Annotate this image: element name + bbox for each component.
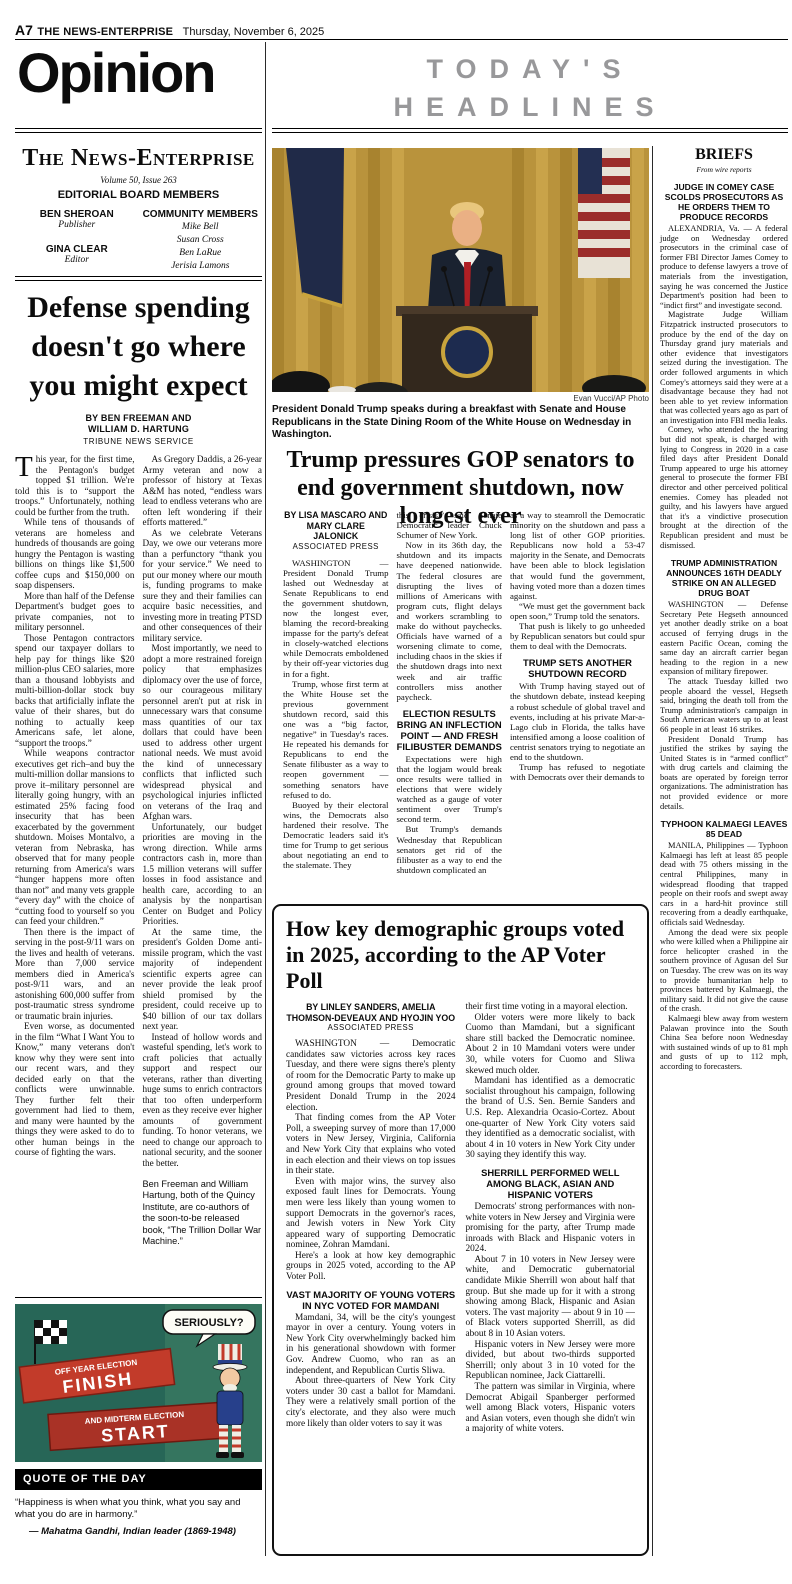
article-paragraph: While weapons contractor executives get … — [15, 748, 135, 927]
article-paragraph: WASHINGTON — President Donald Trump lash… — [283, 558, 388, 679]
byline-line: MARY CLARE JALONICK — [283, 521, 388, 542]
article-paragraph: as a way to steamroll the Democratic min… — [510, 510, 645, 601]
rule-above-cartoon — [15, 1297, 262, 1298]
vertical-divider-left — [265, 42, 266, 1556]
article-paragraph: Comey, who attended the hearing but did … — [660, 425, 788, 550]
newspaper-masthead: The News-Enterprise Volume 50, Issue 263… — [15, 145, 262, 279]
article-paragraph: ALEXANDRIA, Va. — A federal judge on Wed… — [660, 224, 788, 310]
article-paragraph: About three-quarters of New York City vo… — [286, 1376, 456, 1429]
masthead-volume: Volume 50, Issue 263 — [15, 175, 262, 185]
article-paragraph: Unfortunately, our budget priorities are… — [143, 822, 263, 927]
demographics-headline: How key demographic groups voted in 2025… — [286, 916, 635, 994]
page-folio: A7 THE NEWS-ENTERPRISE Thursday, Novembe… — [15, 22, 788, 40]
quote-attribution: — Mahatma Gandhi, Indian leader (1869-19… — [15, 1526, 262, 1538]
article-paragraph: Instead of hollow words and wasteful spe… — [143, 1032, 263, 1169]
page-number: A7 — [15, 22, 33, 38]
article-subhead: TYPHOON KALMAEGI LEAVES 85 DEAD — [660, 819, 788, 839]
article-paragraph: Kalmaegi blew away from western Palawan … — [660, 1014, 788, 1072]
article-paragraph: Among the dead were six people who were … — [660, 928, 788, 1014]
main-article-byline: BY LISA MASCARO AND MARY CLARE JALONICK … — [283, 510, 388, 552]
main-column-1: BY LISA MASCARO AND MARY CLARE JALONICK … — [283, 510, 388, 900]
article-paragraph: Most importantly, we need to adopt a mor… — [143, 643, 263, 822]
article-subhead: TRUMP SETS ANOTHER SHUTDOWN RECORD — [510, 657, 645, 679]
article-paragraph: Mamdani, 34, will be the city's youngest… — [286, 1313, 456, 1377]
article-subhead: ELECTION RESULTS BRING AN INFLECTION POI… — [396, 708, 501, 752]
article-paragraph: Mamdani has identified as a democratic s… — [466, 1076, 636, 1161]
byline-line: WILLIAM D. HARTUNG — [15, 424, 262, 435]
article-paragraph: Hispanic voters in New Jersey were more … — [466, 1340, 636, 1382]
member-name: GINA CLEAR — [15, 244, 139, 255]
article-paragraph: The pattern was similar in Virginia, whe… — [466, 1382, 636, 1435]
opinion-article-byline: BY BEN FREEMAN AND WILLIAM D. HARTUNG TR… — [15, 413, 262, 447]
article-subhead: JUDGE IN COMEY CASE SCOLDS PROSECUTORS A… — [660, 182, 788, 222]
quote-of-the-day: “Happiness is when what you think, what … — [15, 1497, 262, 1538]
main-column-1-text: WASHINGTON — President Donald Trump lash… — [283, 558, 388, 871]
quote-of-the-day-bar: QUOTE OF THE DAY — [15, 1469, 262, 1490]
opinion-column-1: This year, for the first time, the Penta… — [15, 454, 135, 1292]
double-rule-left — [15, 128, 262, 133]
demographics-column-2: their first time voting in a mayoral ele… — [466, 1002, 636, 1542]
community-members-title: COMMUNITY MEMBERS — [139, 209, 263, 221]
todays-line1: TODAY'S — [272, 50, 788, 88]
member-name: BEN SHEROAN — [15, 209, 139, 220]
article-paragraph: That finding comes from the AP Voter Pol… — [286, 1113, 456, 1177]
article-subhead: TRUMP ADMINISTRATION ANNOUNCES 16TH DEAD… — [660, 558, 788, 598]
community-member: Mike Bell — [139, 221, 263, 234]
community-member: Ben LaRue — [139, 247, 263, 260]
article-paragraph: Here's a look at how key demographic gro… — [286, 1251, 456, 1283]
main-article-body: BY LISA MASCARO AND MARY CLARE JALONICK … — [283, 510, 645, 900]
vertical-divider-right — [652, 146, 653, 1556]
article-paragraph: this crisis,” said Senate Democratic lea… — [396, 510, 501, 540]
byline-source: TRIBUNE NEWS SERVICE — [15, 436, 262, 447]
article-paragraph: This year, for the first time, the Penta… — [15, 454, 135, 517]
byline-source: ASSOCIATED PRESS — [286, 1023, 456, 1033]
board-left-column: BEN SHEROAN Publisher GINA CLEAR Editor — [15, 209, 139, 279]
article-paragraph: Expectations were high that the logjam w… — [396, 754, 501, 825]
article-paragraph: Trump has refused to negotiate with Demo… — [510, 762, 645, 782]
demographics-body: BY LINLEY SANDERS, AMELIA THOMSON-DEVEAU… — [286, 1002, 635, 1542]
article-paragraph: But Trump's demands Wednesday that Repub… — [396, 824, 501, 874]
editorial-cartoon: SERIOUSLY? OFF YEAR ELECTION FINISH AND … — [15, 1304, 262, 1462]
editorial-board-title: EDITORIAL BOARD MEMBERS — [15, 189, 262, 201]
article-paragraph: Trump, whose first term at the White Hou… — [283, 679, 388, 800]
article-paragraph: Ben Freeman and William Hartung, both of… — [143, 1179, 263, 1247]
double-rule-right — [272, 128, 788, 133]
presidential-seal — [443, 328, 491, 376]
article-paragraph: Democrats' strong performances with non-… — [466, 1202, 636, 1255]
article-paragraph: Even worse, as documented in the film “W… — [15, 1021, 135, 1158]
briefs-title: BRIEFS — [660, 146, 788, 164]
board-member: BEN SHEROAN Publisher — [15, 209, 139, 230]
opinion-article-body: This year, for the first time, the Penta… — [15, 454, 262, 1292]
masthead-name: The News-Enterprise — [15, 145, 262, 172]
trump-breakfast-photo — [272, 148, 649, 392]
demographics-byline: BY LINLEY SANDERS, AMELIA THOMSON-DEVEAU… — [286, 1002, 456, 1033]
byline-line: BY LISA MASCARO AND — [283, 510, 388, 521]
article-paragraph: At the same time, the president's Golden… — [143, 927, 263, 1032]
byline-line: BY LINLEY SANDERS, AMELIA — [286, 1002, 456, 1013]
article-paragraph: That push is likely to go unheeded by Re… — [510, 621, 645, 651]
article-paragraph: While tens of thousands of veterans are … — [15, 517, 135, 591]
article-paragraph: Now in its 36th day, the shutdown and it… — [396, 540, 501, 702]
article-paragraph: Those Pentagon contractors spend our tax… — [15, 633, 135, 749]
article-paragraph: President Donald Trump has justified the… — [660, 735, 788, 812]
todays-headlines-title: TODAY'S HEADLINES — [272, 50, 788, 126]
community-member: Susan Cross — [139, 234, 263, 247]
demographics-column-1: BY LINLEY SANDERS, AMELIA THOMSON-DEVEAU… — [286, 1002, 456, 1542]
article-paragraph: Older voters were more likely to back Cu… — [466, 1013, 636, 1077]
article-paragraph: MANILA, Philippines — Typhoon Kalmaegi h… — [660, 841, 788, 927]
article-paragraph: With Trump having stayed out of the shut… — [510, 681, 645, 762]
opinion-column-2: As Gregory Daddis, a 26-year Army vetera… — [143, 454, 263, 1292]
article-subhead: SHERRILL PERFORMED WELL AMONG BLACK, ASI… — [466, 1167, 636, 1200]
double-rule-masthead — [15, 276, 262, 281]
article-paragraph: WASHINGTON — Democratic candidates saw v… — [286, 1039, 456, 1113]
newspaper-page: A7 THE NEWS-ENTERPRISE Thursday, Novembe… — [0, 0, 792, 1584]
briefs-list: JUDGE IN COMEY CASE SCOLDS PROSECUTORS A… — [660, 182, 788, 1072]
us-flag — [578, 148, 630, 278]
byline-source: ASSOCIATED PRESS — [283, 542, 388, 552]
demographics-column-1-text: WASHINGTON — Democratic candidates saw v… — [286, 1039, 456, 1429]
paper-name: THE NEWS-ENTERPRISE — [37, 26, 173, 38]
article-paragraph: Even with major wins, the survey also ex… — [286, 1177, 456, 1251]
member-role: Editor — [15, 255, 139, 265]
article-paragraph: “We must get the government back open so… — [510, 601, 645, 621]
quote-text: “Happiness is when what you think, what … — [15, 1497, 262, 1521]
article-paragraph: WASHINGTON — Defense Secretary Pete Hegs… — [660, 600, 788, 677]
main-column-2: this crisis,” said Senate Democratic lea… — [396, 510, 501, 900]
briefs-subtitle: From wire reports — [660, 165, 788, 174]
article-paragraph: Then there is the impact of serving in t… — [15, 927, 135, 1022]
byline-line: BY BEN FREEMAN AND — [15, 413, 262, 424]
board-right-column: COMMUNITY MEMBERS Mike Bell Susan Cross … — [139, 209, 263, 279]
section-title-opinion: Opinion — [17, 40, 262, 105]
photo-caption: President Donald Trump speaks during a b… — [272, 404, 649, 442]
article-paragraph: More than half of the Defense Department… — [15, 591, 135, 633]
page-date: Thursday, November 6, 2025 — [183, 26, 325, 38]
article-paragraph: The attack Tuesday killed two people abo… — [660, 677, 788, 735]
cartoon-seriously-text: SERIOUSLY? — [174, 1317, 244, 1329]
article-paragraph: As Gregory Daddis, a 26-year Army vetera… — [143, 454, 263, 528]
article-paragraph: their first time voting in a mayoral ele… — [466, 1002, 636, 1013]
article-paragraph: Buoyed by their electoral wins, the Demo… — [283, 800, 388, 871]
opinion-article-headline: Defense spending doesn't go where you mi… — [15, 288, 262, 405]
byline-line: THOMSON-DEVEAUX AND HYOJIN YOO — [286, 1013, 456, 1024]
main-column-3: as a way to steamroll the Democratic min… — [510, 510, 645, 900]
opinion-article: Defense spending doesn't go where you mi… — [15, 288, 262, 1292]
briefs-column: BRIEFS From wire reports JUDGE IN COMEY … — [660, 146, 788, 1072]
community-member: Jerisia Lamons — [139, 260, 263, 273]
todays-line2: HEADLINES — [272, 88, 788, 126]
photo-credit: Evan Vucci/AP Photo — [272, 394, 649, 403]
member-role: Publisher — [15, 220, 139, 230]
article-paragraph: About 7 in 10 voters in New Jersey were … — [466, 1255, 636, 1340]
article-paragraph: Magistrate Judge William Fitzpatrick ins… — [660, 310, 788, 425]
board-member: GINA CLEAR Editor — [15, 244, 139, 265]
drop-cap: T — [15, 454, 36, 480]
article-paragraph: As we celebrate Veterans Day, we owe our… — [143, 528, 263, 644]
demographics-article-box: How key demographic groups voted in 2025… — [272, 904, 649, 1556]
article-subhead: VAST MAJORITY OF YOUNG VOTERS IN NYC VOT… — [286, 1289, 456, 1311]
